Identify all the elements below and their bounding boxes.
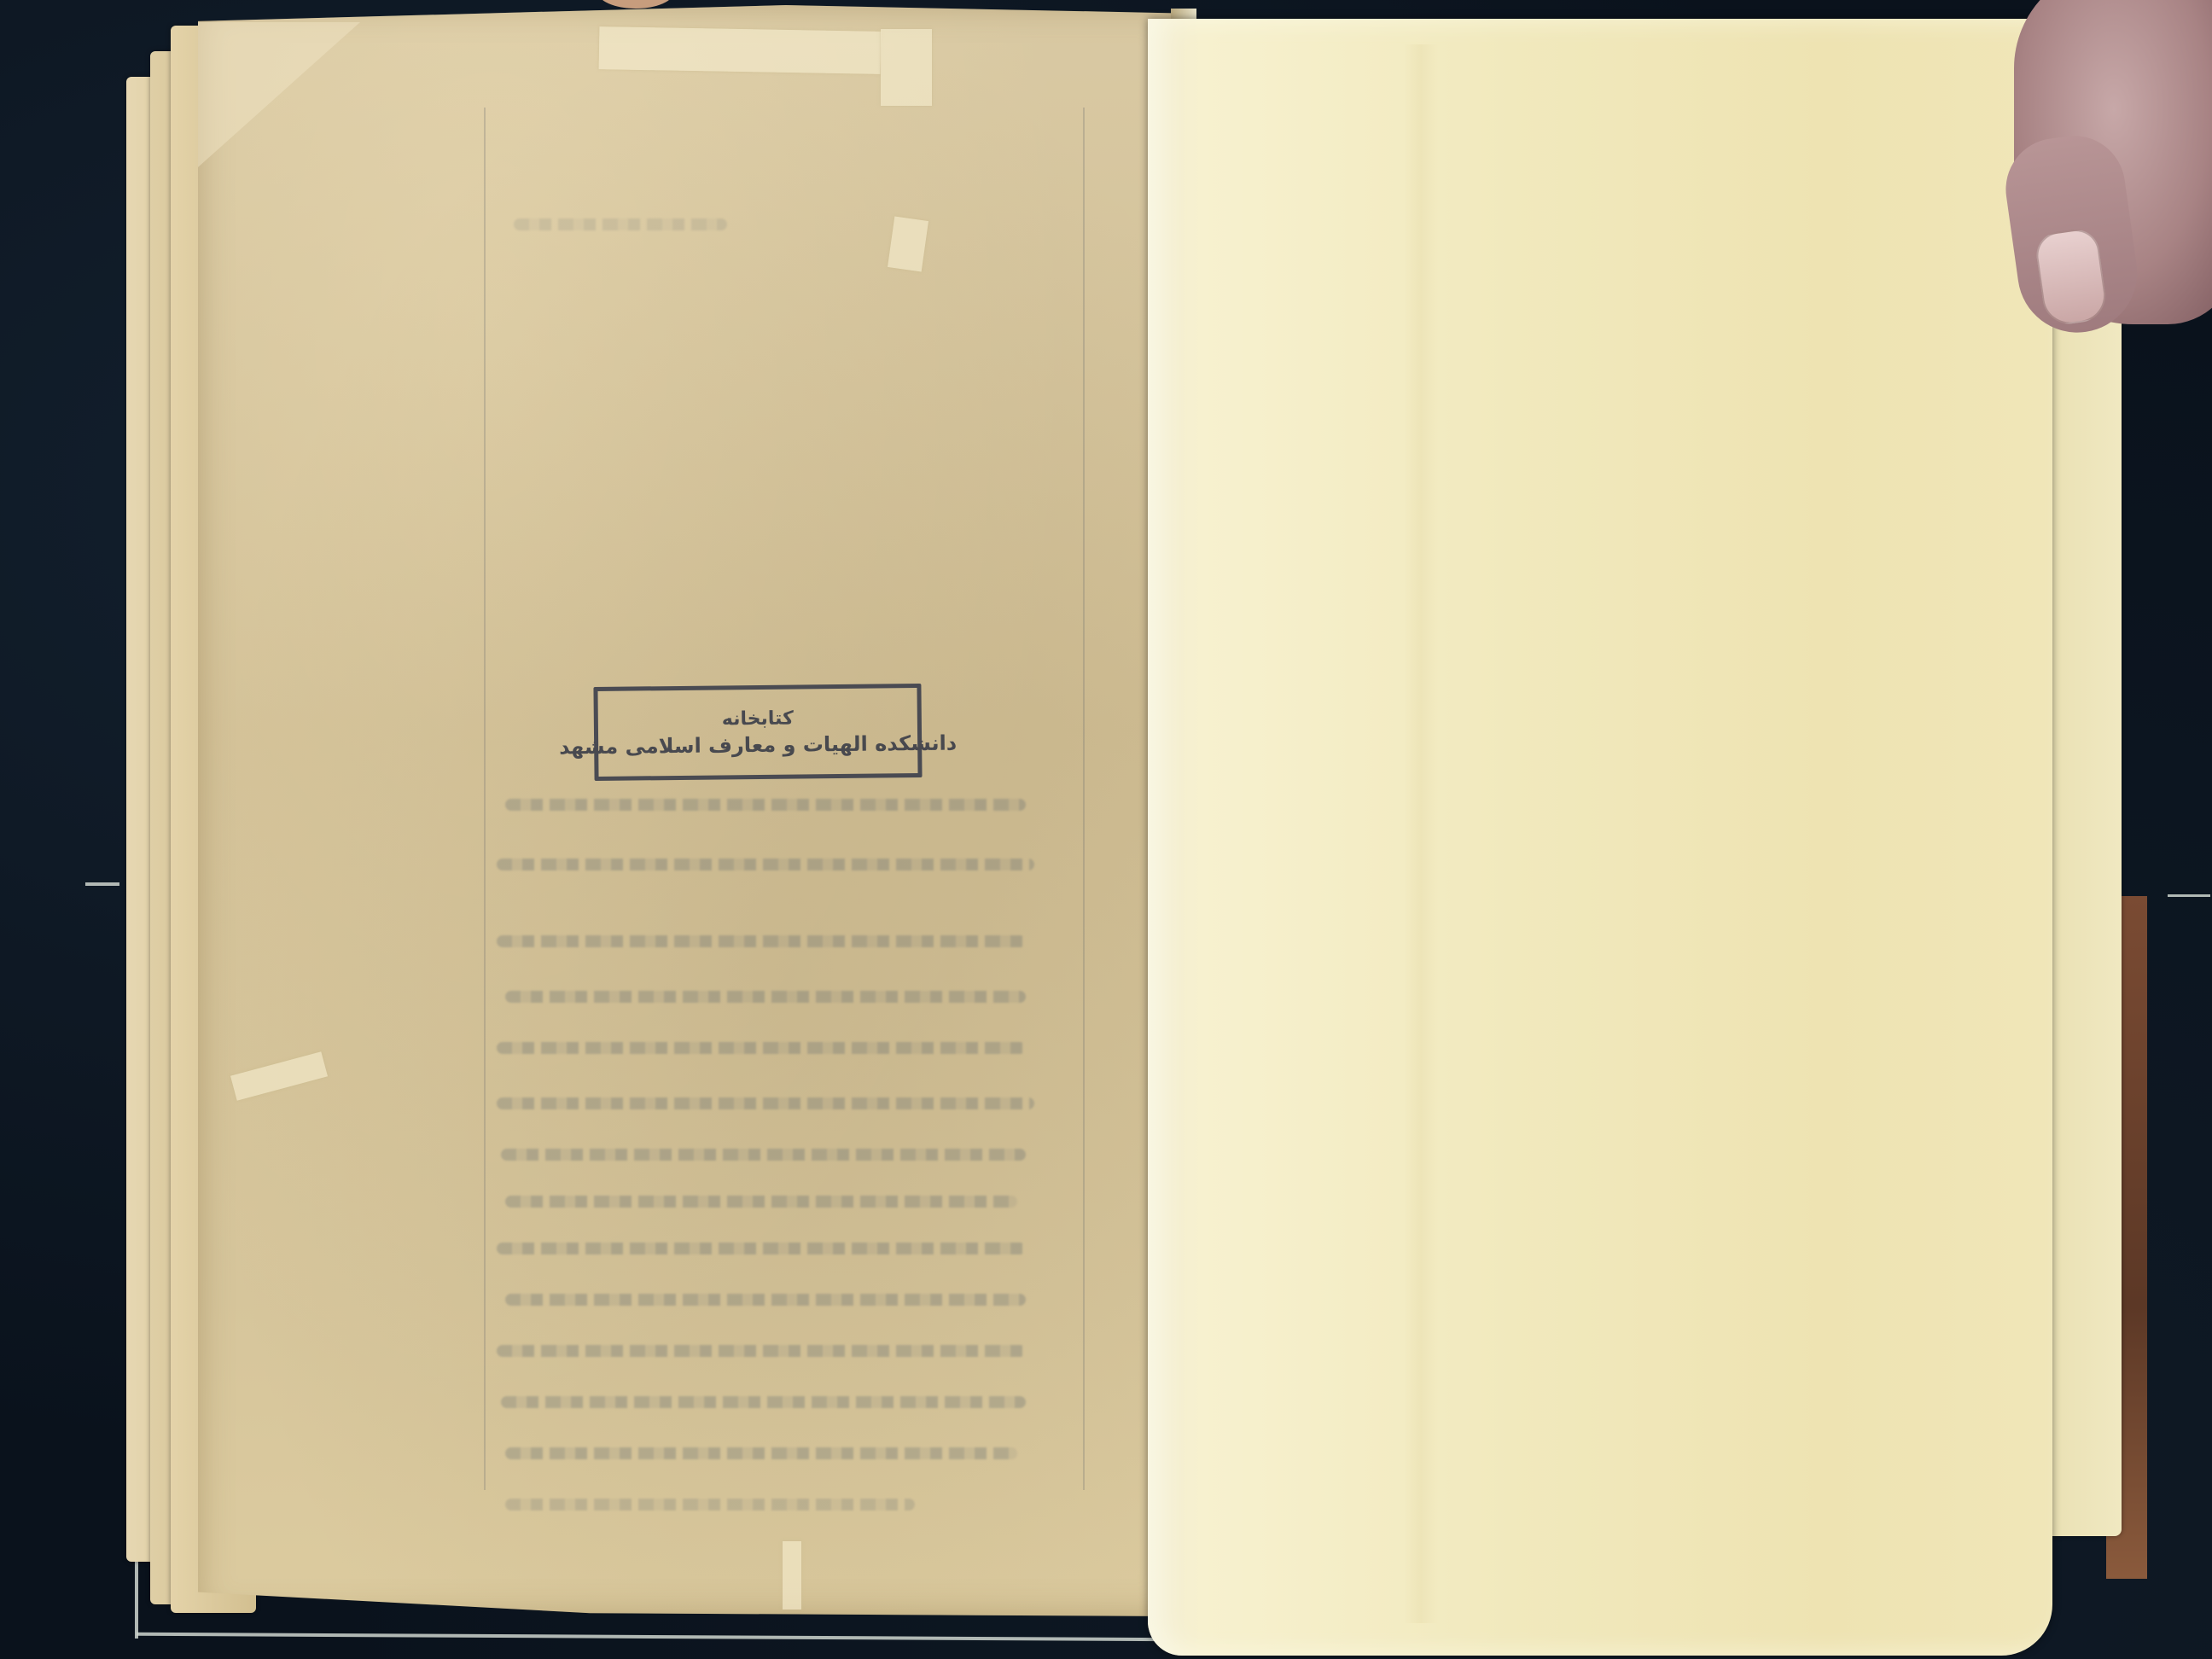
tape-repair	[783, 1541, 801, 1610]
stamp-line-2: دانشکده الهیات و معارف اسلامی مشهد	[559, 731, 957, 759]
bleed-text-line	[505, 799, 1026, 811]
bleed-text-line	[505, 1196, 1017, 1208]
right-page-blank	[1148, 19, 2052, 1656]
bleed-text-line	[497, 859, 1034, 870]
bleed-text-line	[505, 1447, 1017, 1459]
bleed-text-line	[497, 1097, 1034, 1109]
library-stamp: کتابخانه دانشکده الهیات و معارف اسلامی م…	[593, 684, 922, 781]
tape-repair	[888, 217, 928, 272]
bleed-text-line	[497, 935, 1026, 947]
bleed-text-line	[505, 1499, 915, 1511]
bleed-text-line	[497, 1243, 1026, 1254]
bleed-text-line	[505, 1294, 1026, 1306]
tape-corner	[198, 22, 360, 167]
left-page	[198, 5, 1178, 1616]
bleed-text-line	[501, 1149, 1026, 1161]
bleed-text-line	[505, 991, 1026, 1003]
stamp-line-1: کتابخانه	[722, 707, 794, 730]
bleed-text-line	[514, 218, 727, 230]
page-crease	[1404, 44, 1438, 1623]
bleed-text-line	[497, 1042, 1026, 1054]
bleed-text-line	[501, 1396, 1026, 1408]
tape-repair	[230, 1051, 328, 1100]
bleed-text-line	[497, 1345, 1026, 1357]
frame-line-tick-left	[85, 882, 119, 886]
tape-repair	[881, 29, 932, 106]
frame-line-tick-right	[2168, 894, 2210, 897]
tape-repair	[599, 26, 882, 74]
